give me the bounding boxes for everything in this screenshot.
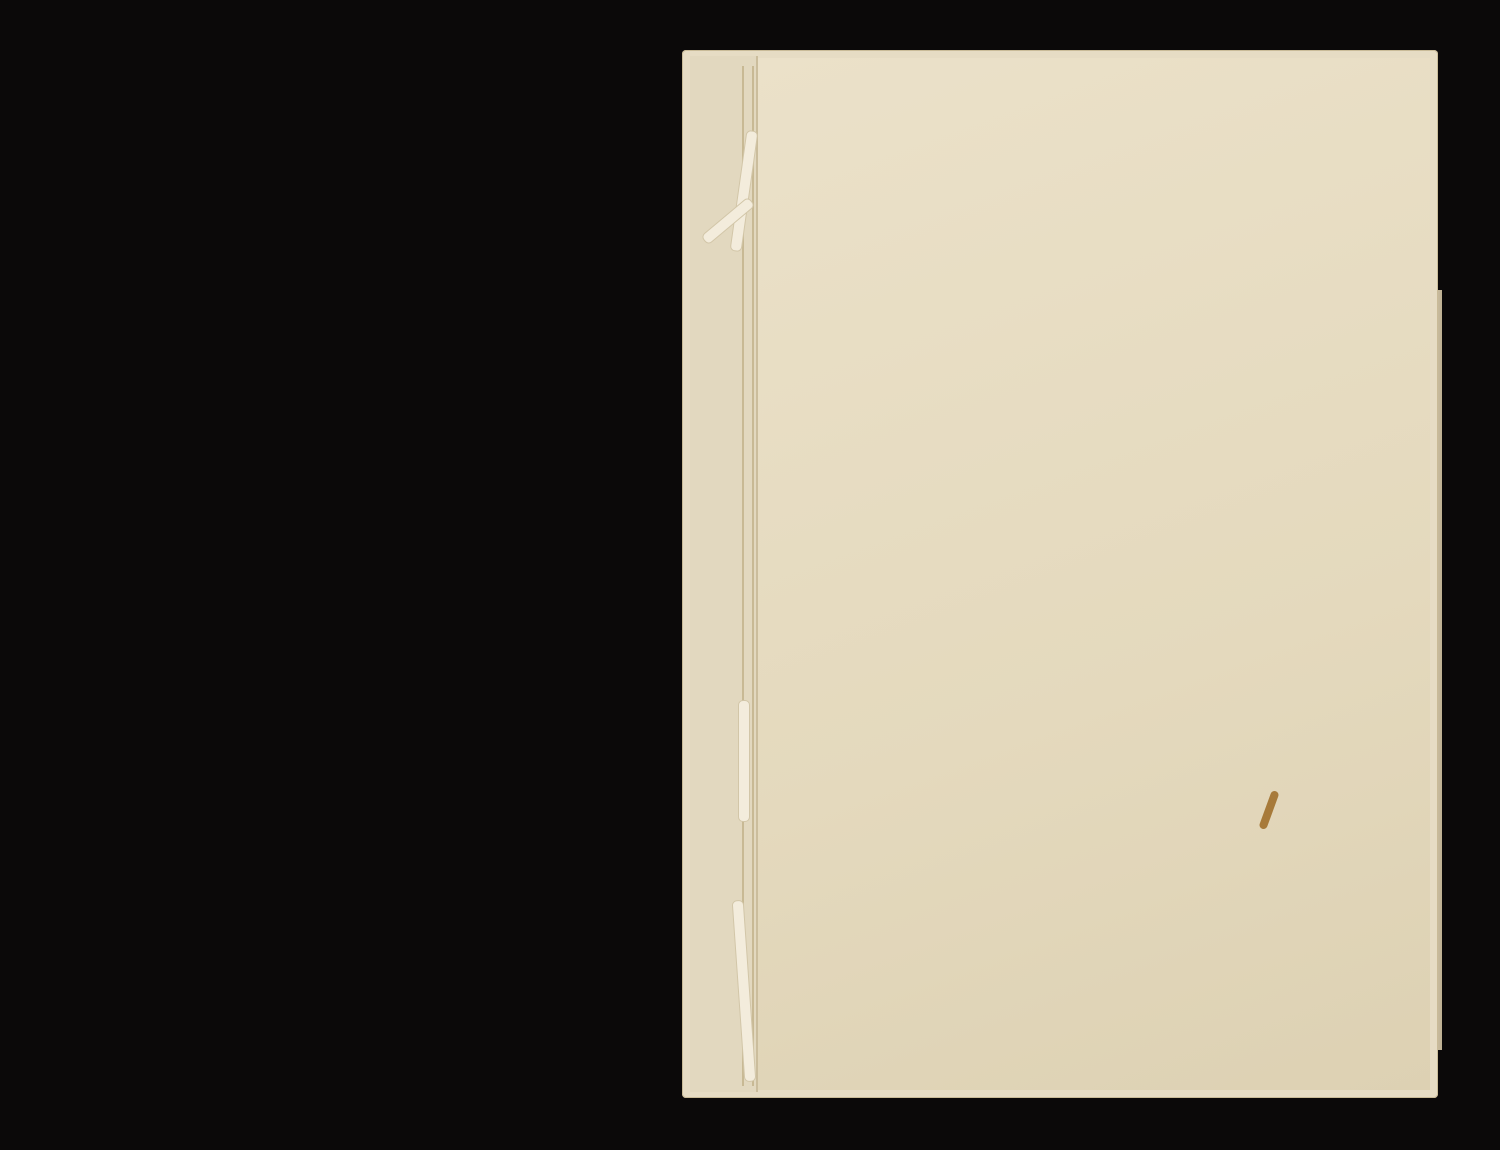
spine-fold-line: [752, 66, 754, 1086]
binding-thread: [738, 700, 750, 822]
book: [682, 50, 1438, 1098]
book-cover: [758, 58, 1430, 1090]
